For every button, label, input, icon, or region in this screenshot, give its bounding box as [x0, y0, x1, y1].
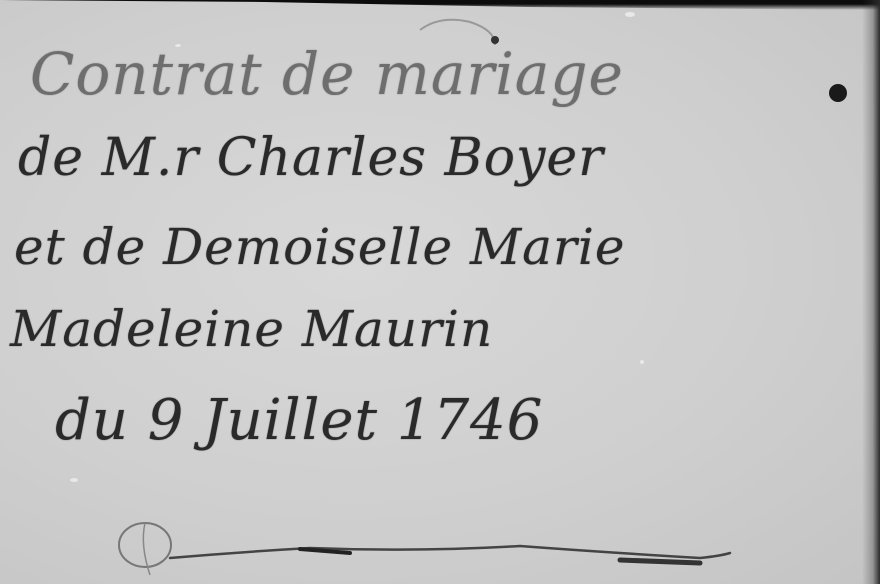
flourish-loop [119, 523, 171, 567]
manuscript-page: Contrat de mariage de M.r Charles Boyer … [0, 0, 880, 584]
paper-speck [640, 360, 644, 364]
flourish-underline [170, 546, 730, 558]
paper-speck [625, 12, 635, 17]
closing-flourish [0, 0, 880, 584]
paper-speck [70, 478, 78, 482]
paper-speck [175, 44, 181, 47]
